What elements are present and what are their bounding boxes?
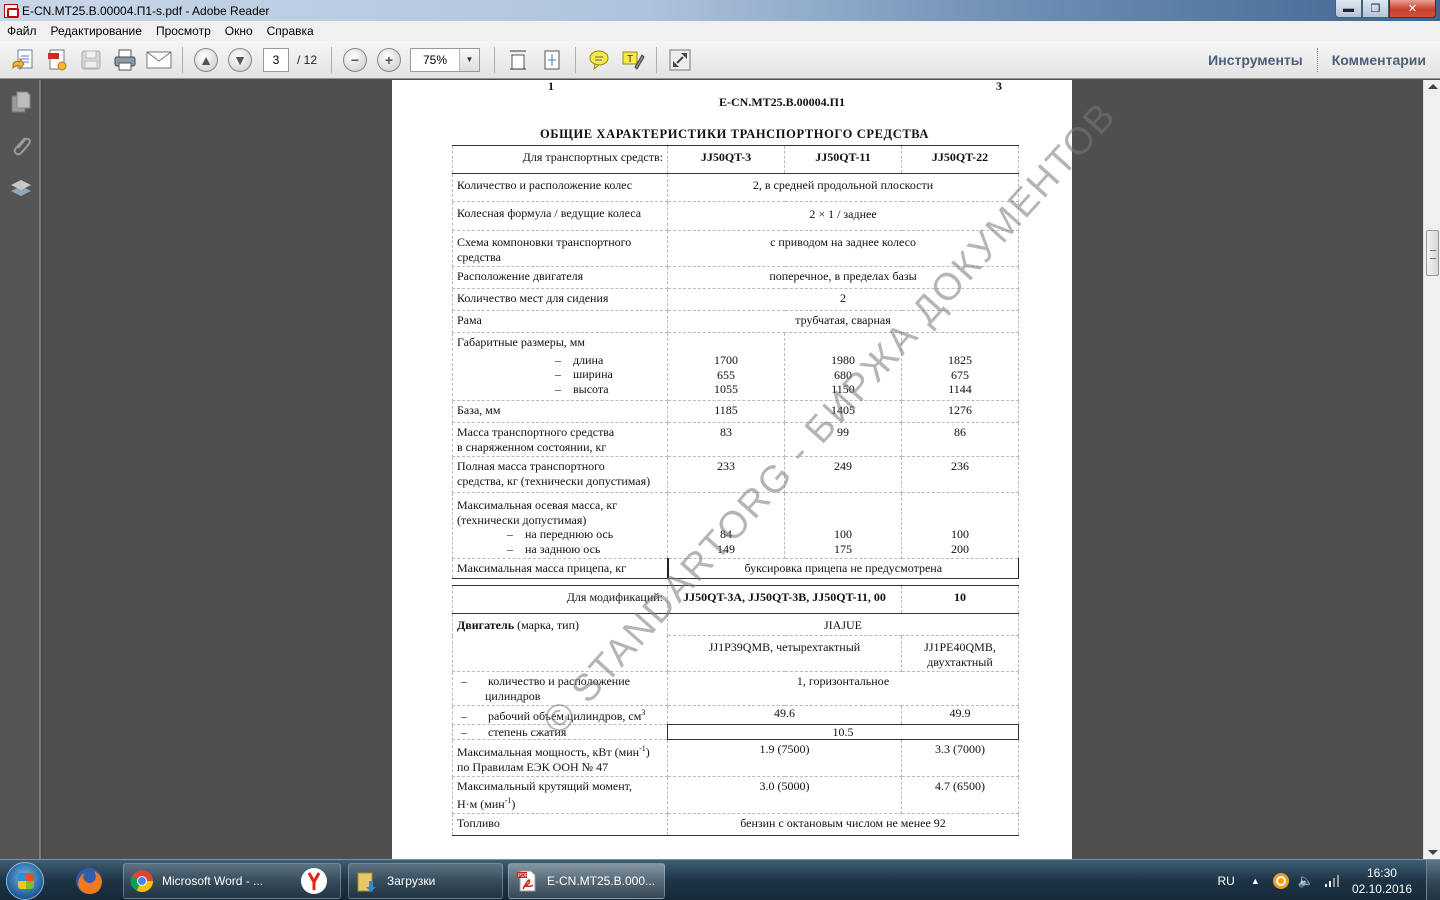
value: 84 <box>672 527 780 542</box>
sub-label: –на заднюю ось <box>457 542 663 557</box>
row-value: 1.9 (7500) <box>668 740 902 777</box>
menu-view[interactable]: Просмотр <box>149 24 218 38</box>
menu-help[interactable]: Справка <box>260 24 321 38</box>
row-label-cell: Полная масса транспортногосредства, кг (… <box>453 457 668 493</box>
row-label: Масса транспортного средства <box>457 425 663 440</box>
table-row: Максимальный крутящий момент,Н·м (мин-1)… <box>453 777 1019 814</box>
toolbar: ▲ ▼ 3 / 12 − + 75% ▼ T Инструменты Комме… <box>0 41 1440 79</box>
axle-values: 100175 <box>785 493 902 559</box>
engine-type: JJ1PE40QMB, <box>906 640 1014 655</box>
table-row: Колесная формула / ведущие колеса 2 × 1 … <box>453 202 1019 231</box>
sub-label: – количество и расположение <box>457 674 663 689</box>
sub-label-text: длина <box>573 353 603 367</box>
superscript: -1 <box>639 744 646 753</box>
engine-spec-table: Для модификаций: JJ50QT-3A, JJ50QT-3B, J… <box>452 585 1019 836</box>
sub-label-text: количество и расположение <box>488 674 630 688</box>
pdf-page: 1 3 E-CN.MT25.B.00004.П1 ОБЩИЕ ХАРАКТЕРИ… <box>392 80 1072 859</box>
dimensions-label-cell: Габаритные размеры, мм –длина –ширина –в… <box>453 333 668 401</box>
language-indicator[interactable]: RU <box>1217 874 1234 888</box>
model-header: JJ50QT-11 <box>785 146 902 174</box>
table-row: Максимальная мощность, кВт (мин-1)по Пра… <box>453 740 1019 777</box>
sub-label-text: рабочий объем цилиндров, см <box>488 709 641 723</box>
value: 83 <box>668 423 785 457</box>
table-header-row: Для транспортных средств: JJ50QT-3 JJ50Q… <box>453 146 1019 174</box>
row-label: (марка, тип) <box>514 618 579 632</box>
value: 675 <box>906 368 1014 383</box>
model-header: JJ50QT-22 <box>902 146 1019 174</box>
page-total: / 12 <box>297 53 317 67</box>
row-label: Схема компоновки транспортного средства <box>453 231 668 267</box>
row-label: База, мм <box>453 401 668 423</box>
comment-button[interactable] <box>584 45 614 75</box>
row-value: буксировка прицепа не предусмотрена <box>668 559 1019 579</box>
table-row: – количество и расположениецилиндров 1, … <box>453 672 1019 706</box>
table-row: – рабочий объем цилиндров, см3 49.6 49.9 <box>453 706 1019 725</box>
superscript: 3 <box>641 708 645 717</box>
highlight-icon: T <box>621 49 645 71</box>
table-header-label: Для модификаций: <box>453 586 668 614</box>
row-label: Количество и расположение колес <box>453 174 668 202</box>
zoom-value[interactable]: 75% <box>411 49 459 71</box>
modifications-header: 10 <box>902 586 1019 614</box>
print-button[interactable] <box>110 45 140 75</box>
create-pdf-button[interactable] <box>42 45 72 75</box>
row-label-cell: – рабочий объем цилиндров, см3 <box>453 706 668 725</box>
dimension-values: 19806801150 <box>785 333 902 401</box>
row-label: (технически допустимая) <box>457 513 663 528</box>
table-row: База, мм 1185 1405 1276 <box>453 401 1019 423</box>
row-label-cell: Максимальный крутящий момент,Н·м (мин-1) <box>453 777 668 814</box>
pages-panel-button[interactable] <box>0 80 41 123</box>
sub-label: –ширина <box>457 367 663 382</box>
model-header: JJ50QT-3 <box>668 146 785 174</box>
sub-label-text: цилиндров <box>457 689 663 704</box>
vertical-scrollbar[interactable] <box>1423 80 1440 859</box>
value: 86 <box>902 423 1019 457</box>
row-label: Максимальная осевая масса, кг <box>457 498 663 513</box>
navigation-panel <box>0 80 41 859</box>
sub-label-text: на переднюю ось <box>525 527 613 541</box>
table-row: Топливо бензин с октановым числом не мен… <box>453 814 1019 836</box>
scroll-thumb[interactable] <box>1426 230 1439 276</box>
open-button[interactable] <box>8 45 38 75</box>
task-label: Microsoft Word - ... <box>162 874 263 888</box>
avast-icon[interactable] <box>1272 872 1290 890</box>
fullscreen-icon <box>669 49 691 71</box>
sub-label: – степень сжатия <box>457 725 663 740</box>
vehicle-spec-table: Для транспортных средств: JJ50QT-3 JJ50Q… <box>452 145 1019 579</box>
value: 249 <box>785 457 902 493</box>
email-button[interactable] <box>144 45 174 75</box>
sub-label-text: ширина <box>573 367 613 381</box>
row-label: Максимальная мощность, кВт (мин-1) <box>457 742 663 760</box>
table-row: Расположение двигателя поперечное, в пре… <box>453 267 1019 289</box>
row-label: Н·м (мин-1) <box>457 794 663 812</box>
system-tray: RU ▲ 🔈 16:30 02.10.2016 <box>1217 860 1440 900</box>
zoom-select[interactable]: 75% ▼ <box>410 48 480 72</box>
close-icon: ✕ <box>1408 2 1417 15</box>
fullscreen-button[interactable] <box>665 45 695 75</box>
document-viewport[interactable]: 1 3 E-CN.MT25.B.00004.П1 ОБЩИЕ ХАРАКТЕРИ… <box>43 80 1423 859</box>
show-desktop-button[interactable] <box>1426 860 1440 900</box>
firefox-icon <box>74 866 104 896</box>
row-label: Полная масса транспортного <box>457 459 663 474</box>
taskbar-item-pdf[interactable]: PDF E-CN.MT25.B.000... <box>508 863 665 899</box>
sub-label: –высота <box>457 382 663 397</box>
sub-label-text: степень сжатия <box>488 725 566 739</box>
page-number-input[interactable]: 3 <box>263 48 289 72</box>
minimize-icon: ▬ <box>1343 3 1354 15</box>
zoom-out-button[interactable]: − <box>340 45 370 75</box>
row-value: 49.6 <box>668 706 902 725</box>
row-label-text: Н·м (мин <box>457 797 505 811</box>
maximize-button[interactable]: ❐ <box>1362 0 1389 18</box>
value: 1185 <box>668 401 785 423</box>
page-left-number: 1 <box>548 80 554 94</box>
task-label: Загрузки <box>387 874 435 888</box>
sub-label: –на переднюю ось <box>457 527 663 542</box>
adobe-reader-icon <box>4 4 18 18</box>
arrow-down-icon: ▼ <box>228 48 252 72</box>
table-row-axle-mass: Максимальная осевая масса, кг (техническ… <box>453 493 1019 559</box>
row-label: Максимальная масса прицепа, кг <box>453 559 668 579</box>
row-value: с приводом на заднее колесо <box>668 231 1019 267</box>
fit-width-button[interactable] <box>537 45 567 75</box>
row-value: 4.7 (6500) <box>902 777 1019 814</box>
layers-panel-button[interactable] <box>0 166 41 209</box>
row-value: 49.9 <box>902 706 1019 725</box>
row-label-text: ) <box>646 745 650 759</box>
value: 1700 <box>672 353 780 368</box>
table-row: Максимальная масса прицепа, кг буксировк… <box>453 559 1019 579</box>
engine-type: JJ1P39QMB, четырехтактный <box>668 636 902 672</box>
value: 1405 <box>785 401 902 423</box>
network-signal-icon[interactable] <box>1324 874 1340 888</box>
row-label: Топливо <box>453 814 668 836</box>
row-label-cell: Максимальная мощность, кВт (мин-1)по Пра… <box>453 740 668 777</box>
row-label: Колесная формула / ведущие колеса <box>453 202 668 231</box>
row-value: 3.3 (7000) <box>902 740 1019 777</box>
value: 1825 <box>906 353 1014 368</box>
arrow-up-icon: ▲ <box>194 48 218 72</box>
menu-edit[interactable]: Редактирование <box>44 24 149 38</box>
sub-label: –длина <box>457 353 663 368</box>
row-label: Максимальный крутящий момент, <box>457 779 663 794</box>
restore-icon: ❐ <box>1371 2 1381 15</box>
value: 149 <box>672 542 780 557</box>
chrome-icon <box>130 869 154 893</box>
close-button[interactable]: ✕ <box>1389 0 1436 18</box>
row-value: 3.0 (5000) <box>668 777 902 814</box>
table-header-row: Для модификаций: JJ50QT-3A, JJ50QT-3B, J… <box>453 586 1019 614</box>
taskbar: Microsoft Word - ... Загрузки PDF E-CN.M… <box>0 859 1440 900</box>
window-title: E-CN.MT25.B.00004.П1-s.pdf - Adobe Reade… <box>22 4 269 18</box>
create-pdf-icon <box>45 48 69 72</box>
toolbar-separator <box>656 47 657 73</box>
scroll-up-icon[interactable] <box>1428 84 1438 89</box>
row-label-cell: – количество и расположениецилиндров <box>453 672 668 706</box>
svg-text:PDF: PDF <box>518 873 528 879</box>
engine-brand: JIAJUE <box>668 614 1019 636</box>
plus-icon: + <box>377 48 401 72</box>
start-button[interactable] <box>6 862 44 900</box>
table-row: Количество и расположение колес 2, в сре… <box>453 174 1019 202</box>
row-label-text: Максимальная мощность, кВт (мин <box>457 745 639 759</box>
row-label: Рама <box>453 311 668 333</box>
clock-time: 16:30 <box>1352 865 1412 881</box>
dimension-values: 18256751144 <box>902 333 1019 401</box>
minimize-button[interactable]: ▬ <box>1335 0 1362 18</box>
page-right-number: 3 <box>996 80 1002 94</box>
table-row: Схема компоновки транспортного средства … <box>453 231 1019 267</box>
value: 175 <box>789 542 897 557</box>
volume-icon[interactable]: 🔈 <box>1298 873 1314 889</box>
row-value: 2 × 1 / заднее <box>668 202 1019 231</box>
value: 233 <box>668 457 785 493</box>
fit-page-icon <box>509 49 527 71</box>
toolbar-separator <box>331 47 332 73</box>
sub-label: – рабочий объем цилиндров, см3 <box>457 706 663 724</box>
axle-values: 84149 <box>668 493 785 559</box>
value: 99 <box>785 423 902 457</box>
yandex-icon <box>299 866 329 896</box>
toolbar-separator <box>575 47 576 73</box>
highlight-button[interactable]: T <box>618 45 648 75</box>
comments-link[interactable]: Комментарии <box>1332 52 1426 68</box>
row-label: по Правилам ЕЭК ООН № 47 <box>457 760 663 775</box>
row-value: поперечное, в пределах базы <box>668 267 1019 289</box>
document-title: ОБЩИЕ ХАРАКТЕРИСТИКИ ТРАНСПОРТНОГО СРЕДС… <box>452 127 1017 142</box>
engine-type: двухтактный <box>906 655 1014 670</box>
row-label: в снаряженном состоянии, кг <box>457 440 663 455</box>
yandex-button[interactable] <box>291 863 337 898</box>
value: 1276 <box>902 401 1019 423</box>
document-code: E-CN.MT25.B.00004.П1 <box>392 95 1072 110</box>
next-page-button[interactable]: ▼ <box>225 45 255 75</box>
row-label-cell: Масса транспортного средствав снаряженно… <box>453 423 668 457</box>
axle-mass-label-cell: Максимальная осевая масса, кг (техническ… <box>453 493 668 559</box>
attachments-icon <box>10 133 32 157</box>
table-row-dimensions: Габаритные размеры, мм –длина –ширина –в… <box>453 333 1019 401</box>
chevron-down-icon[interactable]: ▼ <box>459 49 479 71</box>
firefox-button[interactable] <box>66 863 112 898</box>
row-label-text: ) <box>511 797 515 811</box>
axle-values: 100200 <box>902 493 1019 559</box>
email-icon <box>146 50 172 70</box>
value: 1980 <box>789 353 897 368</box>
layers-icon <box>9 177 33 199</box>
value: 680 <box>789 368 897 383</box>
table-header-label: Для транспортных средств: <box>453 146 668 174</box>
value: 1144 <box>906 382 1014 397</box>
table-row: Рама трубчатая, сварная <box>453 311 1019 333</box>
show-hidden-icons-icon[interactable]: ▲ <box>1251 876 1260 886</box>
row-label: средства, кг (технически допустимая) <box>457 474 663 489</box>
value: 655 <box>672 368 780 383</box>
row-value: 2 <box>668 289 1019 311</box>
row-label-cell: – степень сжатия <box>453 724 668 740</box>
table-row: Масса транспортного средствав снаряженно… <box>453 423 1019 457</box>
fit-width-icon <box>543 49 561 71</box>
pdf-icon: PDF <box>515 869 539 893</box>
menu-file[interactable]: Файл <box>0 24 44 38</box>
svg-text:T: T <box>627 54 633 65</box>
table-row: Полная масса транспортногосредства, кг (… <box>453 457 1019 493</box>
value: 1150 <box>789 382 897 397</box>
row-label: Количество мест для сидения <box>453 289 668 311</box>
table-row: – степень сжатия 10.5 <box>453 724 1019 740</box>
prev-page-button[interactable]: ▲ <box>191 45 221 75</box>
task-label: E-CN.MT25.B.000... <box>547 874 655 888</box>
dimension-values: 17006551055 <box>668 333 785 401</box>
sub-label-text: высота <box>573 382 609 396</box>
toolbar-separator <box>494 47 495 73</box>
toolbar-separator <box>1317 48 1318 72</box>
clock[interactable]: 16:30 02.10.2016 <box>1352 865 1412 897</box>
folder-downloads-icon <box>355 869 379 893</box>
value: 100 <box>906 527 1014 542</box>
sub-label-text: на заднюю ось <box>525 542 600 556</box>
row-value: трубчатая, сварная <box>668 311 1019 333</box>
row-value: 1, горизонтальное <box>668 672 1019 706</box>
row-value: 10.5 <box>668 724 1019 740</box>
comment-icon <box>588 49 610 71</box>
minus-icon: − <box>343 48 367 72</box>
menu-bar: Файл Редактирование Просмотр Окно Справк… <box>0 21 1440 41</box>
modifications-header: JJ50QT-3A, JJ50QT-3B, JJ50QT-11, 00 <box>668 586 902 614</box>
clock-date: 02.10.2016 <box>1352 881 1412 897</box>
row-label: Расположение двигателя <box>453 267 668 289</box>
toolbar-separator <box>182 47 183 73</box>
row-label: Габаритные размеры, мм <box>457 335 585 349</box>
value: 1055 <box>672 382 780 397</box>
save-icon <box>80 49 102 71</box>
fit-page-button[interactable] <box>503 45 533 75</box>
table-row: Количество мест для сидения 2 <box>453 289 1019 311</box>
row-value: 2, в средней продольной плоскости <box>668 174 1019 202</box>
engine-label-cell: Двигатель (марка, тип) <box>453 614 668 672</box>
table-row: Двигатель (марка, тип) JIAJUE <box>453 614 1019 636</box>
menu-window[interactable]: Окно <box>218 24 260 38</box>
row-value: бензин с октановым числом не менее 92 <box>668 814 1019 836</box>
value: 236 <box>902 457 1019 493</box>
row-label: Двигатель <box>457 618 514 632</box>
value: 200 <box>906 542 1014 557</box>
zoom-in-button[interactable]: + <box>374 45 404 75</box>
value: 100 <box>789 527 897 542</box>
taskbar-item-downloads[interactable]: Загрузки <box>348 863 503 899</box>
engine-type-cell: JJ1PE40QMB,двухтактный <box>902 636 1019 672</box>
print-icon <box>113 48 137 72</box>
title-bar: E-CN.MT25.B.00004.П1-s.pdf - Adobe Reade… <box>0 0 1440 21</box>
open-icon <box>11 48 35 72</box>
scroll-down-icon[interactable] <box>1428 850 1438 855</box>
attachments-panel-button[interactable] <box>0 123 41 166</box>
save-button[interactable] <box>76 45 106 75</box>
tools-link[interactable]: Инструменты <box>1208 52 1303 68</box>
pages-icon <box>10 90 32 114</box>
